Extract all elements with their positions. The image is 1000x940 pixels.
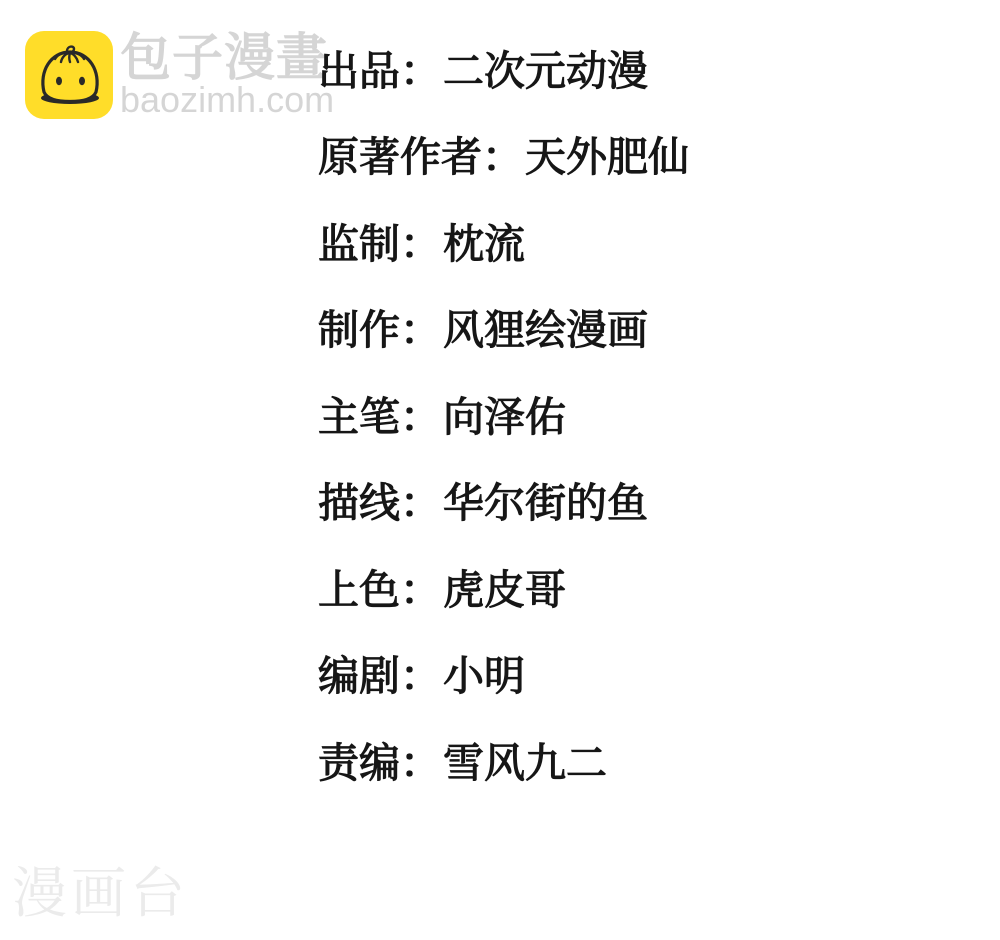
credit-name: 向泽佑 — [443, 384, 566, 443]
credit-name: 风狸绘漫画 — [443, 297, 648, 356]
credit-line-publisher: 出品：二次元动漫 — [318, 24, 689, 111]
watermark-manhuatai: 漫画台 — [12, 863, 189, 923]
credit-role: 原著作者 — [318, 124, 482, 183]
credit-line-original-author: 原著作者：天外肥仙 — [318, 111, 689, 198]
credit-colon: ： — [400, 211, 443, 270]
credit-name: 雪风九二 — [443, 730, 607, 789]
credit-colon: ： — [400, 470, 443, 529]
credit-role: 描线 — [318, 470, 400, 529]
credit-colon: ： — [400, 297, 443, 356]
credit-name: 枕流 — [443, 211, 525, 270]
credit-name: 华尔街的鱼 — [443, 470, 648, 529]
site-logo-text: 包子漫畫 baozimh.com — [120, 31, 334, 116]
credit-colon: ： — [400, 730, 443, 789]
site-logo: 包子漫畫 baozimh.com — [25, 31, 334, 119]
credit-role: 上色 — [318, 557, 400, 616]
credit-role: 责编 — [318, 730, 400, 789]
credit-line-screenwriter: 编剧：小明 — [318, 630, 689, 717]
credit-name: 虎皮哥 — [443, 557, 566, 616]
baozi-bun-icon — [25, 31, 113, 119]
credit-line-supervisor: 监制：枕流 — [318, 197, 689, 284]
credit-name: 小明 — [443, 643, 525, 702]
credits-list: 出品：二次元动漫 原著作者：天外肥仙 监制：枕流 制作：风狸绘漫画 主笔：向泽佑… — [318, 24, 689, 803]
credit-line-line-art: 描线：华尔街的鱼 — [318, 457, 689, 544]
credit-role: 主笔 — [318, 384, 400, 443]
credit-colon: ： — [482, 124, 525, 183]
credit-name: 二次元动漫 — [443, 38, 648, 97]
credit-colon: ： — [400, 384, 443, 443]
site-domain: baozimh.com — [120, 84, 334, 116]
credit-colon: ： — [400, 38, 443, 97]
credit-colon: ： — [400, 643, 443, 702]
credit-line-editor: 责编：雪风九二 — [318, 716, 689, 803]
site-name: 包子漫畫 — [120, 31, 334, 84]
credit-role: 出品 — [318, 38, 400, 97]
credit-line-production: 制作：风狸绘漫画 — [318, 284, 689, 371]
credit-role: 制作 — [318, 297, 400, 356]
credit-role: 监制 — [318, 211, 400, 270]
credit-line-coloring: 上色：虎皮哥 — [318, 543, 689, 630]
credit-role: 编剧 — [318, 643, 400, 702]
credit-line-lead-artist: 主笔：向泽佑 — [318, 370, 689, 457]
credit-name: 天外肥仙 — [525, 124, 689, 183]
credit-colon: ： — [400, 557, 443, 616]
